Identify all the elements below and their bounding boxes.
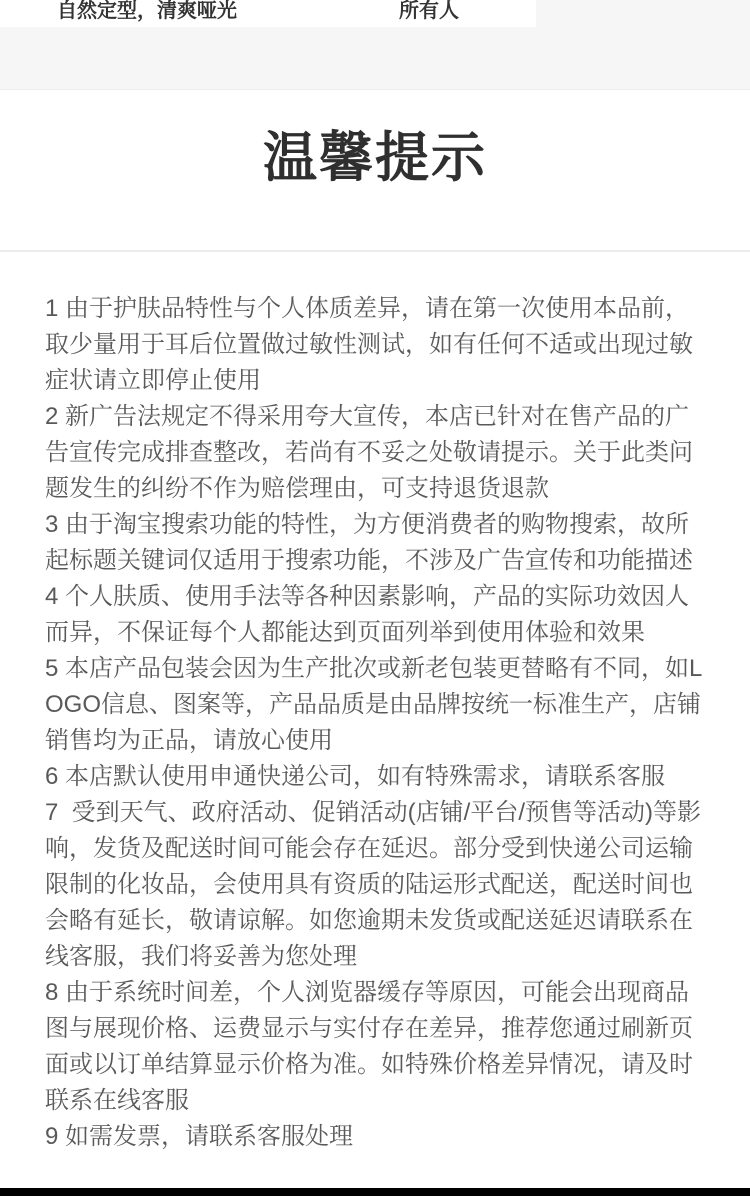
tip-item-5: 5 本店产品包装会因为生产批次或新老包装更替略有不同，如LOGO信息、图案等，产… [45,651,707,759]
tips-section-title: 温馨提示 [0,128,750,188]
spec-value-finish: 自然定型，清爽哑光 [57,0,237,25]
tip-item-3: 3 由于淘宝搜索功能的特性，为方便消费者的购物搜索，故所起标题关键词仅适用于搜索… [45,507,707,579]
spec-value-audience: 所有人 [399,0,459,25]
tip-item-7: 7 受到天气、政府活动、促销活动(店铺/平台/预售等活动)等影响，发货及配送时间… [45,795,707,975]
tip-item-6: 6 本店默认使用申通快递公司，如有特殊需求，请联系客服 [45,759,707,795]
tip-item-1: 1 由于护肤品特性与个人体质差异，请在第一次使用本品前，取少量用于耳后位置做过敏… [45,291,707,399]
product-detail-page: 自然定型，清爽哑光 所有人 温馨提示 1 由于护肤品特性与个人体质差异，请在第一… [0,0,750,1200]
tip-item-2: 2 新广告法规定不得采用夸大宣传，本店已针对在售产品的广告宣传完成排查整改，若尚… [45,399,707,507]
bottom-black-bar [0,1188,750,1196]
tips-list: 1 由于护肤品特性与个人体质差异，请在第一次使用本品前，取少量用于耳后位置做过敏… [45,291,707,1155]
tip-item-8: 8 由于系统时间差，个人浏览器缓存等原因，可能会出现商品图与展现价格、运费显示与… [45,975,707,1119]
section-divider [0,250,750,252]
tip-item-4: 4 个人肤质、使用手法等各种因素影响，产品的实际功效因人而异，不保证每个人都能达… [45,579,707,651]
tip-item-9: 9 如需发票，请联系客服处理 [45,1119,707,1155]
